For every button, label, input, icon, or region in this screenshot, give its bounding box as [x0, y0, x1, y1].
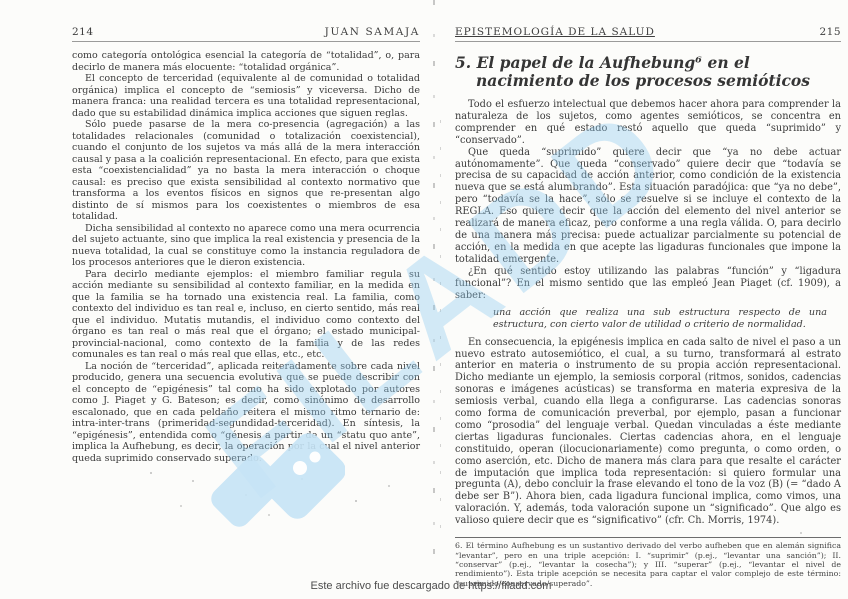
paragraph: Que queda “suprimido” quiere decir que “… — [455, 147, 841, 266]
footnote-rule — [455, 537, 841, 538]
right-running-header: EPISTEMOLOGÍA DE LA SALUD 215 — [455, 26, 841, 42]
left-page-number: 214 — [72, 26, 94, 38]
left-header-title: JUAN SAMAJA — [325, 26, 420, 38]
left-running-header: 214 JUAN SAMAJA — [72, 26, 420, 42]
footer-download-note: Este archivo fue descargado de https://f… — [0, 580, 848, 592]
gutter-binding-noise-2 — [440, 120, 441, 550]
paragraphs-before-quote: Todo el esfuerzo intelectual que debemos… — [455, 99, 841, 301]
paragraph: ¿En qué sentido estoy utilizando las pal… — [455, 266, 841, 302]
paragraph: como categoría ontológica esencial la ca… — [72, 50, 420, 73]
right-header-title: EPISTEMOLOGÍA DE LA SALUD — [455, 26, 655, 38]
scanned-book-spread: 214 JUAN SAMAJA como categoría ontológic… — [0, 0, 848, 599]
right-page-number: 215 — [819, 26, 841, 38]
right-page-body: Todo el esfuerzo intelectual que debemos… — [455, 99, 841, 588]
paragraph: Para decirlo mediante ejemplos: el miemb… — [72, 269, 420, 361]
paragraphs-after-quote: En consecuencia, la epigénesis implica e… — [455, 337, 841, 528]
gutter-binding-noise — [433, 0, 435, 575]
scan-noise-specks — [150, 472, 152, 474]
paragraph: En consecuencia, la epigénesis implica e… — [455, 337, 841, 528]
paragraph: Sólo puede pasarse de la mera co-presenc… — [72, 119, 420, 223]
section-heading-line2: nacimiento de los procesos semióticos — [455, 72, 841, 90]
paragraph: Dicha sensibilidad al contexto no aparec… — [72, 223, 420, 269]
left-page: 214 JUAN SAMAJA como categoría ontológic… — [72, 26, 420, 464]
section-heading: 5. El papel de la Aufhebung⁶ en el nacim… — [455, 54, 841, 90]
paragraph: Todo el esfuerzo intelectual que debemos… — [455, 99, 841, 147]
right-page: EPISTEMOLOGÍA DE LA SALUD 215 5. El pape… — [455, 26, 841, 588]
paragraph: El concepto de terceridad (equivalente a… — [72, 73, 420, 119]
block-quote: una acción que realiza una sub estructur… — [493, 307, 827, 330]
section-heading-line1: 5. El papel de la Aufhebung⁶ en el — [455, 53, 750, 72]
paragraph: La noción de “terceridad”, aplicada reit… — [72, 361, 420, 465]
left-page-body: como categoría ontológica esencial la ca… — [72, 50, 420, 464]
